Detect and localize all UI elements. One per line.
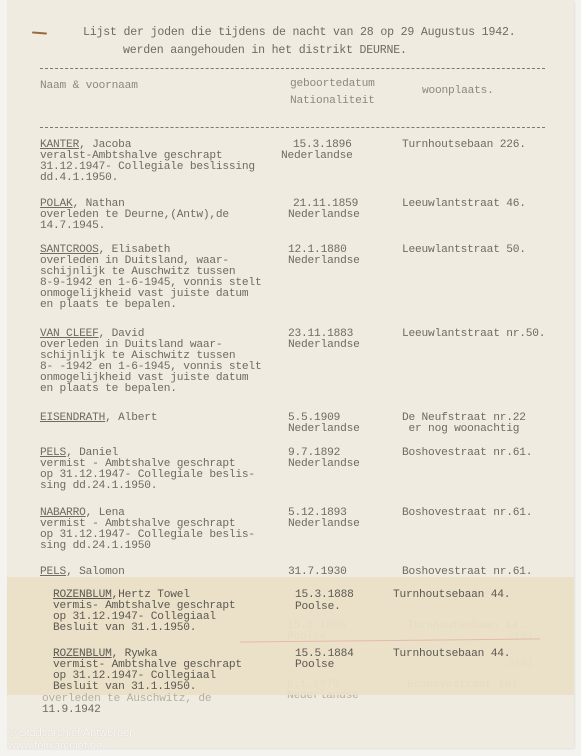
note-line: dd.4.1.1950.: [40, 173, 118, 184]
nationality: Nederlandse: [288, 340, 360, 351]
residence: Boshovestraat nr.61.: [402, 448, 532, 459]
residence: Leeuwlantstraat 46.: [402, 199, 526, 210]
header-residence: woonplaats.: [422, 86, 494, 97]
residence-note: er nog woonachtig: [402, 424, 519, 435]
overflow-date: 11.9.1942: [42, 705, 101, 716]
document-title-line-2: werden aangehouden in het distrikt DEURN…: [123, 45, 407, 56]
given-name: , Albert: [105, 412, 157, 424]
note-line: Besluit van 31.1.1950.: [53, 623, 196, 634]
header-rule-bottom: [40, 127, 545, 128]
nationality: Nederlandse: [288, 459, 360, 470]
pencil-mark: [32, 31, 47, 34]
header-rule-top: [40, 68, 545, 69]
note-line: sing dd.24.1.1950.: [40, 481, 157, 492]
nationality: Nederlandse: [288, 519, 360, 530]
website-watermark: www.felixarchief.be: [8, 740, 102, 752]
surname: EISENDRATH: [40, 412, 105, 424]
header-name: Naam & voornaam: [40, 81, 138, 92]
birthdate: 15.3.1888: [295, 590, 354, 601]
residence: Turnhoutsebaan 226.: [402, 140, 526, 151]
note-line: sing dd.24.1.1950: [40, 541, 151, 552]
copyright-watermark: © Stadsarchief Antwerpen: [8, 727, 135, 739]
residence: Boshovestraat nr.61.: [402, 508, 532, 519]
nationality: Poolse.: [295, 602, 341, 613]
note-line: en plaats te bepalen.: [40, 384, 177, 395]
residence: Turnhoutsebaan 44.: [393, 649, 510, 660]
note-line: Besluit van 31.1.1950.: [53, 682, 196, 693]
residence: Turnhoutsebaan 44.: [393, 590, 510, 601]
nationality: Nederlandse: [288, 424, 360, 435]
residence: Leeuwlantstraat 50.: [402, 245, 526, 256]
note-line: 14.7.1945.: [40, 221, 105, 232]
nationality: Nederlandse: [288, 210, 360, 221]
nationality: Nederlandse: [288, 256, 360, 267]
note-line: en plaats te bepalen.: [40, 300, 177, 311]
nationality: Nederlandse: [281, 151, 353, 162]
header-nationality: Nationaliteit: [290, 96, 375, 107]
document-title-line-1: Lijst der joden die tijdens de nacht van…: [83, 27, 515, 38]
header-birthdate: geboortedatum: [290, 79, 375, 90]
nationality: Poolse: [295, 660, 334, 671]
residence: Leeuwlantstraat nr.50.: [402, 329, 545, 340]
